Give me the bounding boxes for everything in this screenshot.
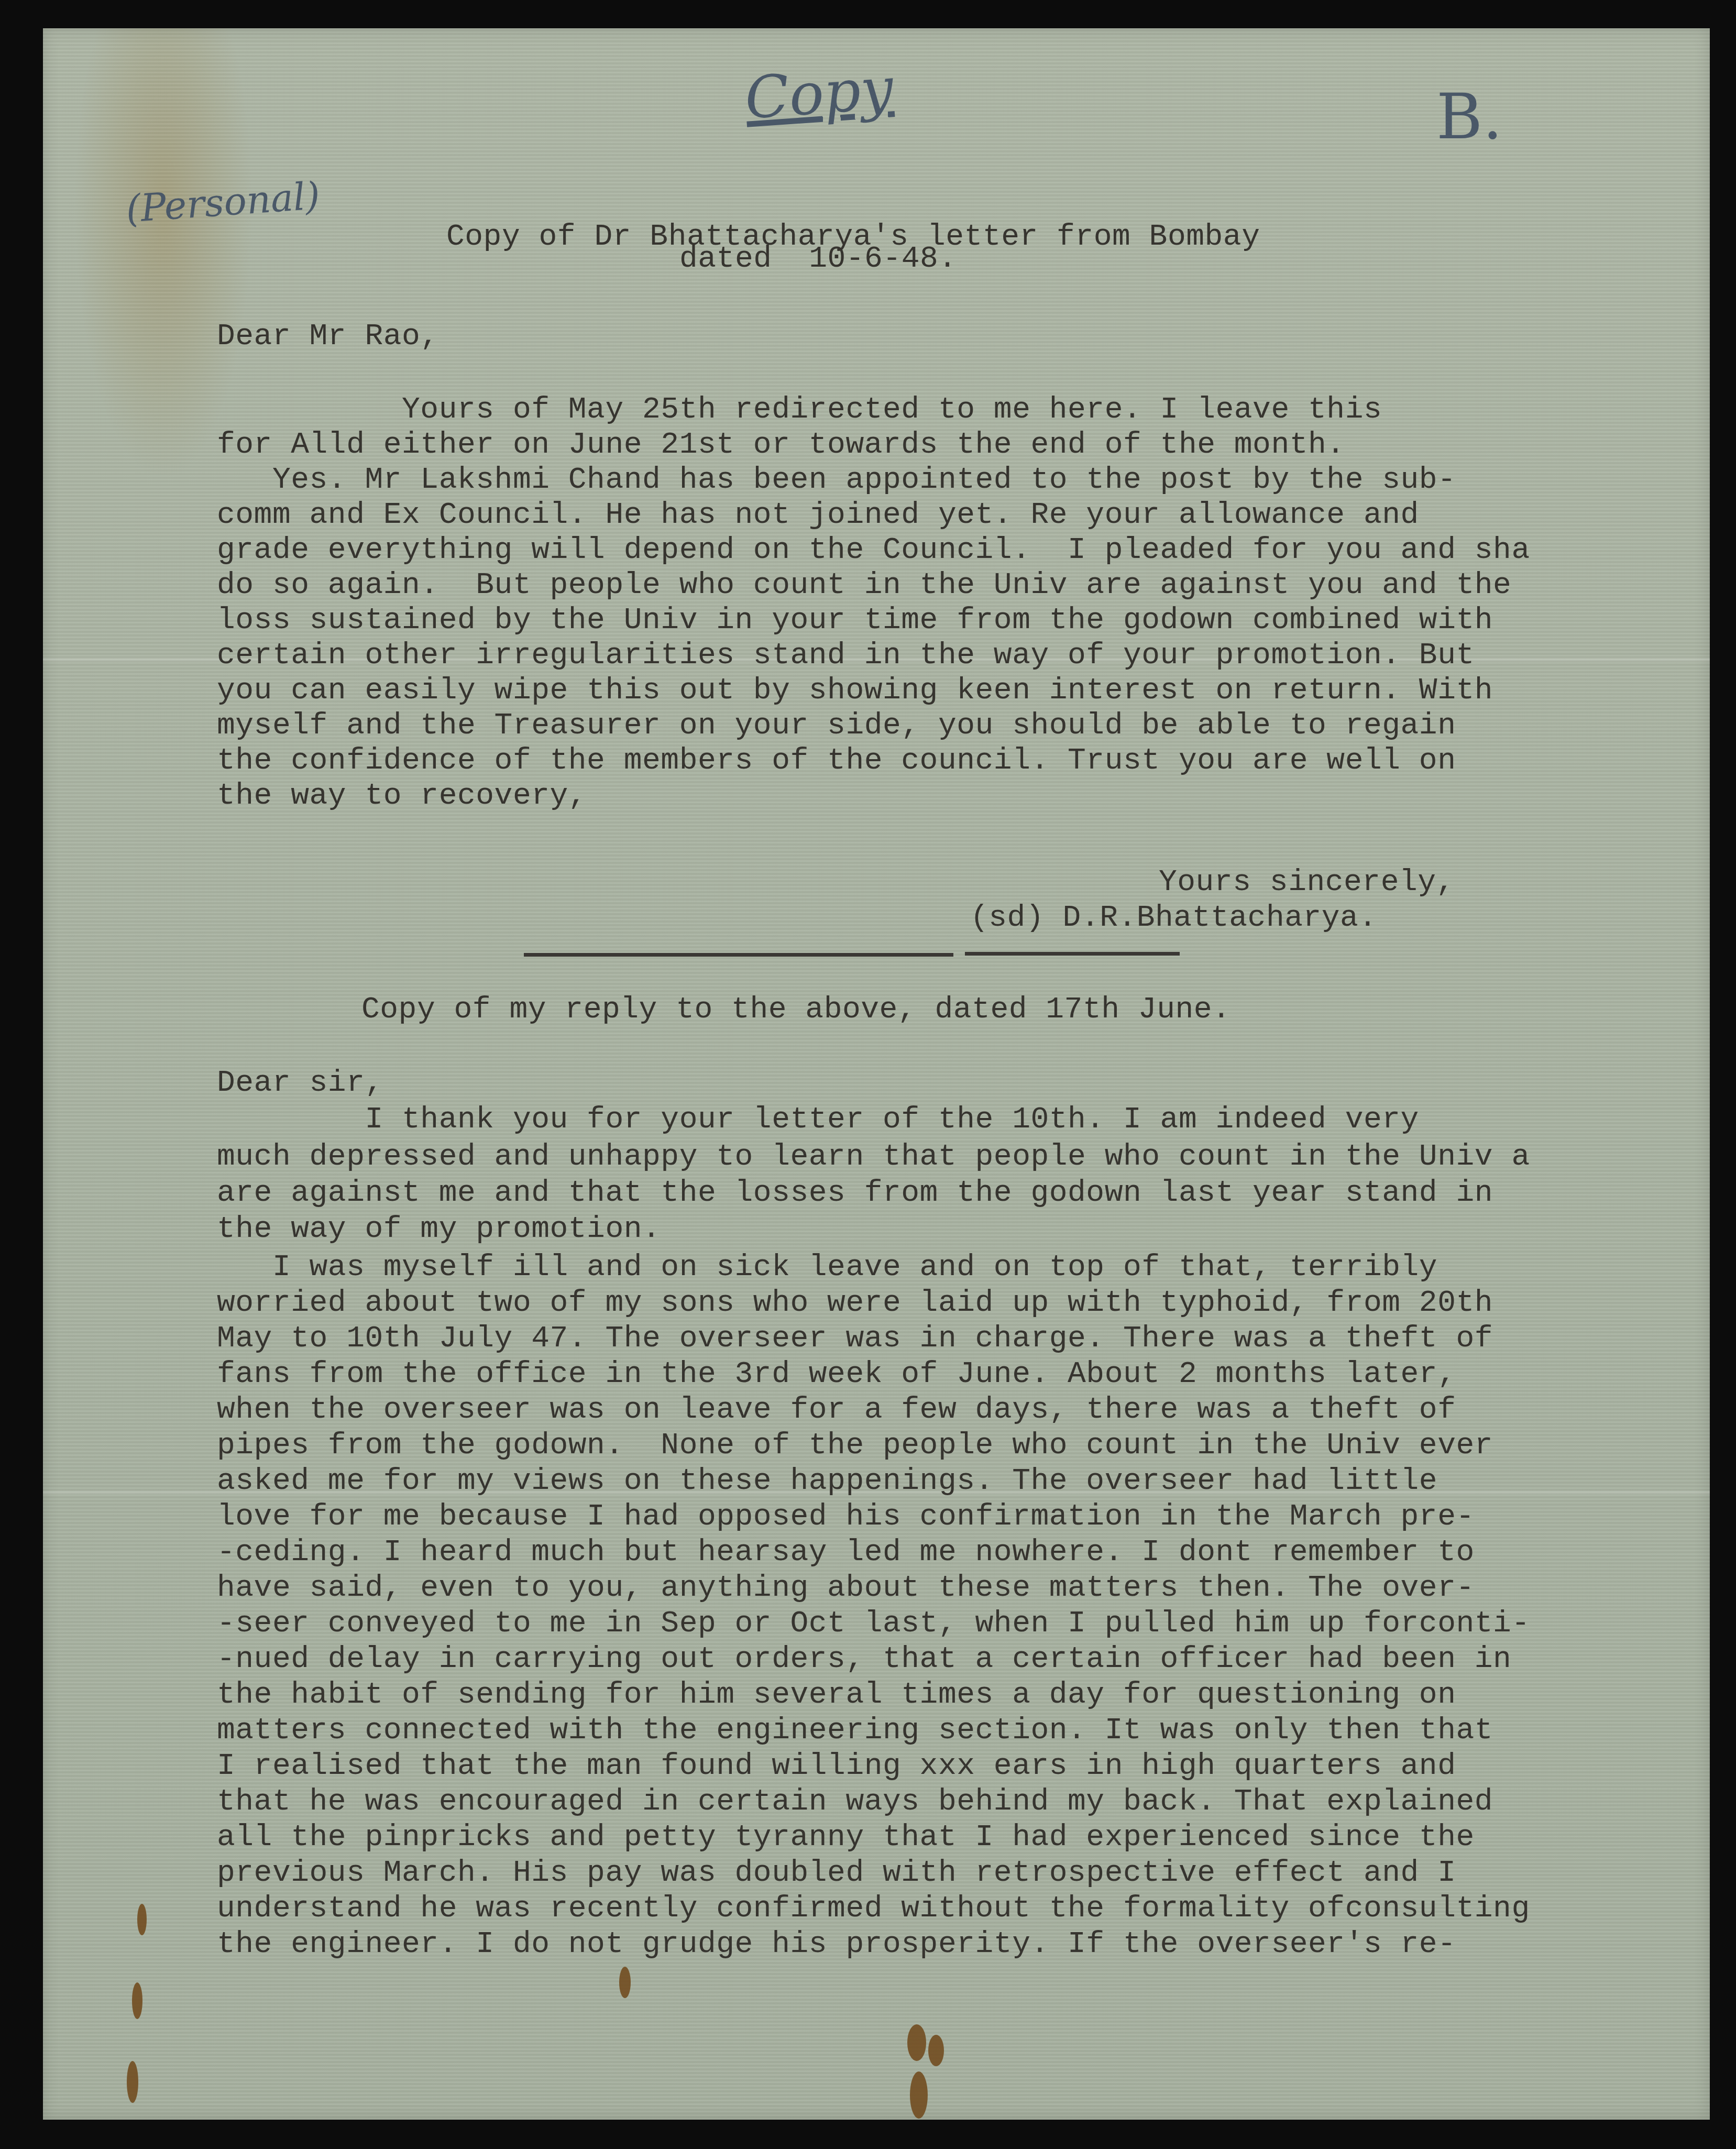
body-line: fans from the office in the 3rd week of … [217, 1359, 1456, 1390]
separator-line [524, 953, 953, 957]
body-line: -nued delay in carrying out orders, that… [217, 1644, 1511, 1675]
body-line: I thank you for your letter of the 10th.… [217, 1105, 1419, 1135]
letter1-closing: Yours sincerely, [1159, 868, 1455, 898]
body-line: love for me because I had opposed his co… [217, 1502, 1475, 1532]
body-line: May to 10th July 47. The overseer was in… [217, 1324, 1493, 1354]
rust-stain [928, 2035, 944, 2066]
body-line: worried about two of my sons who were la… [217, 1288, 1493, 1319]
separator-line [965, 952, 1180, 956]
letter1-heading-date: dated 10-6-48. [679, 244, 957, 275]
body-line: Yes. Mr Lakshmi Chand has been appointed… [217, 465, 1456, 496]
letter1-salutation: Dear Mr Rao, [217, 322, 439, 352]
rust-stain [137, 1904, 147, 1935]
body-line: all the pinpricks and petty tyranny that… [217, 1823, 1475, 1853]
copy-handwritten-mark: Copy [743, 54, 895, 131]
letter-b-handwritten-mark: B. [1436, 81, 1502, 153]
body-line: the engineer. I do not grudge his prospe… [217, 1929, 1456, 1960]
body-line: -seer conveyed to me in Sep or Oct last,… [217, 1609, 1530, 1639]
body-line: loss sustained by the Univ in your time … [217, 606, 1493, 636]
body-line: the confidence of the members of the cou… [217, 746, 1456, 776]
body-line: asked me for my views on these happening… [217, 1466, 1437, 1497]
rust-stain [910, 2071, 928, 2119]
body-line: Yours of May 25th redirected to me here.… [217, 395, 1382, 425]
letter1-signature: (sd) D.R.Bhattacharya. [970, 903, 1377, 934]
body-line: are against me and that the losses from … [217, 1178, 1493, 1209]
personal-handwritten-mark: (Personal) [125, 173, 322, 231]
rust-stain [127, 2061, 138, 2103]
body-line: that he was encouraged in certain ways b… [217, 1787, 1493, 1817]
body-line: when the overseer was on leave for a few… [217, 1395, 1456, 1426]
body-line: the way to recovery, [217, 781, 587, 812]
body-line: I was myself ill and on sick leave and o… [217, 1253, 1437, 1283]
body-line: have said, even to you, anything about t… [217, 1573, 1475, 1604]
body-line: the habit of sending for him several tim… [217, 1680, 1456, 1711]
body-line: do so again. But people who count in the… [217, 571, 1511, 601]
rust-stain [132, 1982, 142, 2019]
letter2-heading: Copy of my reply to the above, dated 17t… [361, 995, 1230, 1025]
body-line: myself and the Treasurer on your side, y… [217, 711, 1456, 741]
body-line: the way of my promotion. [217, 1214, 661, 1245]
body-line: much depressed and unhappy to learn that… [217, 1142, 1530, 1172]
rust-stain [907, 2024, 926, 2061]
body-line: for Alld either on June 21st or towards … [217, 430, 1345, 460]
body-line: you can easily wipe this out by showing … [217, 676, 1493, 706]
body-line: matters connected with the engineering s… [217, 1716, 1493, 1746]
body-line: grade everything will depend on the Coun… [217, 535, 1530, 566]
letter-page: Copy B. (Personal) Copy of Dr Bhattachar… [43, 28, 1710, 2120]
letter2-salutation: Dear sir, [217, 1068, 383, 1099]
body-line: I realised that the man found willing xx… [217, 1751, 1456, 1782]
body-line: certain other irregularities stand in th… [217, 641, 1475, 671]
body-line: previous March. His pay was doubled with… [217, 1858, 1456, 1889]
body-line: -ceding. I heard much but hearsay led me… [217, 1538, 1475, 1568]
rust-stain [619, 1967, 631, 1998]
body-line: pipes from the godown. None of the peopl… [217, 1431, 1493, 1461]
body-line: comm and Ex Council. He has not joined y… [217, 500, 1419, 531]
body-line: understand he was recently confirmed wit… [217, 1894, 1530, 1924]
